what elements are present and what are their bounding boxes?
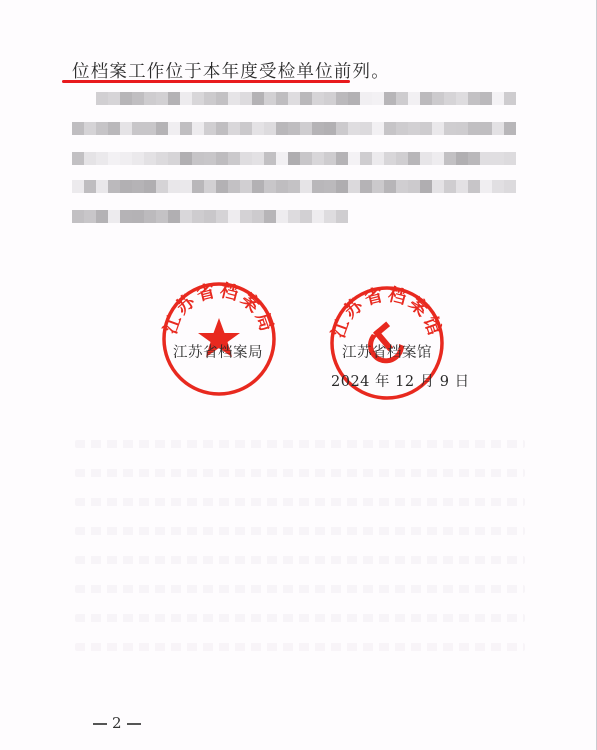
svg-text:江苏省档案馆: 江苏省档案馆: [328, 283, 447, 341]
official-seal-archives-bureau: 江苏省档案局: [160, 280, 278, 398]
redacted-paragraph: [72, 92, 517, 232]
red-underline-annotation: [62, 80, 350, 83]
document-page: 位档案工作位于本年度受检单位前列。 江苏省档案局 江苏省档案局 江苏省档案馆: [0, 0, 597, 750]
seal-overlay-text-bureau: 江苏省档案局: [173, 341, 263, 362]
seal-overlay-text-archives: 江苏省档案馆: [342, 341, 432, 362]
page-number-value: 2: [112, 714, 122, 732]
signature-date: 2024 年 12 月 9 日: [331, 370, 470, 391]
dash-left: [93, 723, 107, 725]
page-number: 2: [88, 714, 146, 732]
bleed-through-text: [75, 440, 525, 670]
dash-right: [127, 723, 141, 725]
